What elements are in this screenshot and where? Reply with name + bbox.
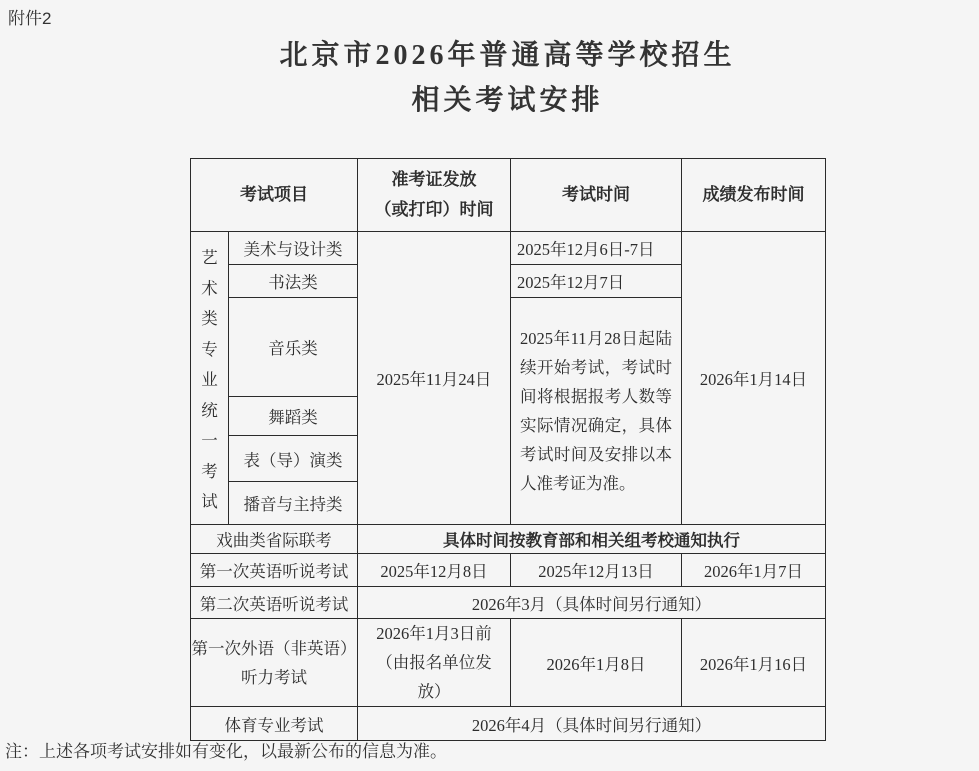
art-group-char: 类 xyxy=(201,305,218,329)
cell-english1-ticket: 2025年12月8日 xyxy=(358,554,511,587)
art-group-char: 一 xyxy=(201,427,218,451)
art-group-char: 考 xyxy=(201,458,218,482)
cell-foreign-label-line2: 听力考试 xyxy=(191,663,357,692)
cell-foreign-result: 2026年1月16日 xyxy=(682,619,826,707)
cell-foreign-label-line1: 第一次外语（非英语） xyxy=(191,634,357,663)
cell-foreign-time: 2026年1月8日 xyxy=(511,619,682,707)
table-row: 第一次英语听说考试 2025年12月8日 2025年12月13日 2026年1月… xyxy=(191,554,826,587)
header-ticket-line1: 准考证发放 xyxy=(358,165,510,195)
header-ticket-time: 准考证发放 （或打印）时间 xyxy=(358,159,511,232)
cell-calligraphy-time: 2025年12月7日 xyxy=(511,265,682,298)
footer-note: 注：上述各项考试安排如有变化，以最新公布的信息为准。 xyxy=(5,741,447,763)
header-row: 考试项目 准考证发放 （或打印）时间 考试时间 成绩发布时间 xyxy=(191,159,826,232)
document-title-line2: 相关考试安排 xyxy=(190,78,825,123)
cell-opera-label: 戏曲类省际联考 xyxy=(191,525,358,554)
cell-category-acting-directing: 表（导）演类 xyxy=(229,436,358,482)
art-group-char: 艺 xyxy=(201,244,218,268)
cell-english1-time: 2025年12月13日 xyxy=(511,554,682,587)
cell-foreign-ticket: 2026年1月3日前 （由报名单位发放） xyxy=(358,619,511,707)
art-group-chars: 艺 术 类 专 业 统 一 考 试 xyxy=(191,244,228,512)
art-group-char: 专 xyxy=(201,336,218,360)
table-row: 艺 术 类 专 业 统 一 考 试 美术与设计类 2025年11月24日 202… xyxy=(191,232,826,265)
cell-english1-result: 2026年1月7日 xyxy=(682,554,826,587)
document-title-line1: 北京市2026年普通高等学校招生 xyxy=(190,33,825,78)
cell-art-result-date: 2026年1月14日 xyxy=(682,232,826,525)
art-group-char: 统 xyxy=(201,397,218,421)
cell-art-design-time: 2025年12月6日-7日 xyxy=(511,232,682,265)
cell-category-art-design: 美术与设计类 xyxy=(229,232,358,265)
cell-category-music: 音乐类 xyxy=(229,298,358,397)
header-exam-item: 考试项目 xyxy=(191,159,358,232)
cell-art-merged-time-note: 2025年11月28日起陆续开始考试，考试时间将根据报考人数等实际情况确定，具体… xyxy=(511,298,682,525)
cell-opera-note: 具体时间按教育部和相关组考校通知执行 xyxy=(358,525,826,554)
document-title: 北京市2026年普通高等学校招生 相关考试安排 xyxy=(190,33,825,123)
table-row: 第二次英语听说考试 2026年3月（具体时间另行通知） xyxy=(191,587,826,619)
cell-foreign-ticket-line1: 2026年1月3日前 xyxy=(364,619,504,648)
art-group-char: 试 xyxy=(201,488,218,512)
cell-category-calligraphy: 书法类 xyxy=(229,265,358,298)
header-ticket-line2: （或打印）时间 xyxy=(358,195,510,225)
cell-category-dance: 舞蹈类 xyxy=(229,397,358,436)
cell-english2-note: 2026年3月（具体时间另行通知） xyxy=(358,587,826,619)
header-exam-time: 考试时间 xyxy=(511,159,682,232)
cell-sports-note: 2026年4月（具体时间另行通知） xyxy=(358,707,826,741)
cell-foreign-label: 第一次外语（非英语） 听力考试 xyxy=(191,619,358,707)
art-group-char: 业 xyxy=(201,366,218,390)
exam-schedule-table: 考试项目 准考证发放 （或打印）时间 考试时间 成绩发布时间 艺 术 类 专 业… xyxy=(190,158,826,741)
table-row: 体育专业考试 2026年4月（具体时间另行通知） xyxy=(191,707,826,741)
cell-sports-label: 体育专业考试 xyxy=(191,707,358,741)
attachment-label: 附件2 xyxy=(8,8,51,30)
table-row: 戏曲类省际联考 具体时间按教育部和相关组考校通知执行 xyxy=(191,525,826,554)
art-group-char: 术 xyxy=(201,275,218,299)
cell-english1-label: 第一次英语听说考试 xyxy=(191,554,358,587)
cell-category-broadcasting: 播音与主持类 xyxy=(229,482,358,525)
cell-art-ticket-date: 2025年11月24日 xyxy=(358,232,511,525)
cell-english2-label: 第二次英语听说考试 xyxy=(191,587,358,619)
table-row: 第一次外语（非英语） 听力考试 2026年1月3日前 （由报名单位发放） 202… xyxy=(191,619,826,707)
cell-foreign-ticket-line2: （由报名单位发放） xyxy=(364,648,504,706)
art-group-vertical-label: 艺 术 类 专 业 统 一 考 试 xyxy=(191,232,229,525)
header-result-time: 成绩发布时间 xyxy=(682,159,826,232)
